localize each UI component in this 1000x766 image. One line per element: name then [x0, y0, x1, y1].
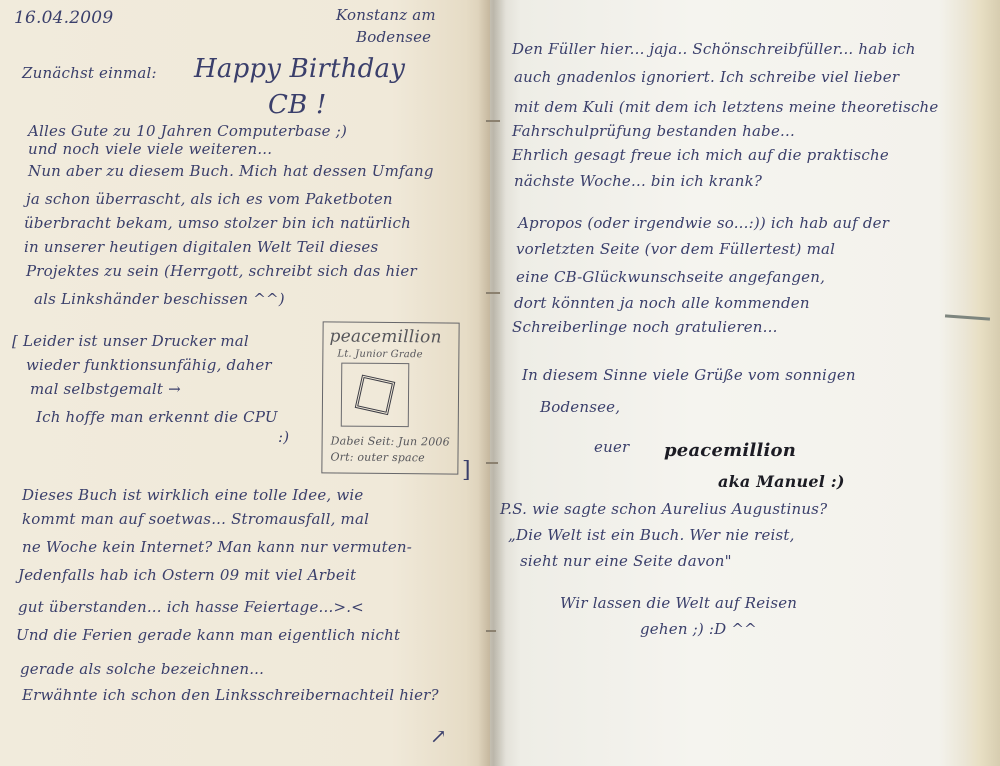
avatar-username: peacemillion — [329, 326, 441, 347]
book-spine-gutter — [478, 0, 506, 766]
binding-stitch — [486, 630, 496, 632]
entry-date: 16.04.2009 — [14, 8, 113, 28]
text-line: Erwähnte ich schon den Linksschreibernac… — [22, 686, 439, 704]
text-line: Jedenfalls hab ich Ostern 09 mit viel Ar… — [18, 566, 356, 584]
text-line: mit dem Kuli (mit dem ich letztens meine… — [514, 98, 939, 116]
text-line: Ehrlich gesagt freue ich mich auf die pr… — [512, 146, 889, 164]
turn-page-arrow-icon: ↗ — [430, 724, 447, 748]
ps-line: P.S. wie sagte schon Aurelius Augustinus… — [500, 500, 827, 518]
ps-quote-line: sieht nur eine Seite davon" — [520, 552, 732, 570]
text-line: Nun aber zu diesem Buch. Mich hat dessen… — [28, 162, 434, 180]
text-line: eine CB-Glückwunschseite angefangen, — [516, 268, 825, 286]
text-line: in unserer heutigen digitalen Welt Teil … — [24, 238, 378, 256]
note-line: Ich hoffe man erkennt die CPU — [36, 408, 278, 426]
cpu-drawing — [341, 363, 410, 428]
text-line: überbracht bekam, umso stolzer bin ich n… — [24, 214, 411, 232]
text-line: Alles Gute zu 10 Jahren Computerbase ;) — [28, 122, 347, 140]
text-line: Dieses Buch ist wirklich eine tolle Idee… — [22, 486, 363, 504]
location-line-1: Konstanz am — [336, 6, 436, 24]
greeting-intro: Zunächst einmal: — [22, 64, 157, 82]
text-line: Den Füller hier... jaja.. Schönschreibfü… — [512, 40, 916, 58]
note-smiley: :) — [278, 428, 289, 446]
text-line: gerade als solche bezeichnen... — [20, 660, 264, 678]
text-line: In diesem Sinne viele Grüße vom sonnigen — [522, 366, 856, 384]
avatar-rank: Lt. Junior Grade — [337, 349, 422, 361]
text-line: kommt man auf soetwas... Stromausfall, m… — [22, 510, 369, 528]
cpu-chip-icon — [355, 375, 396, 416]
signature-name: peacemillion — [664, 440, 796, 461]
avatar-location: Ort: outer space — [330, 450, 425, 464]
left-page: 16.04.2009 Konstanz am Bodensee Zunächst… — [0, 0, 490, 766]
binding-stitch — [486, 462, 498, 464]
ps-line: gehen ;) :D ^^ — [640, 620, 757, 638]
ps-quote-line: „Die Welt ist ein Buch. Wer nie reist, — [508, 526, 795, 544]
text-line: vorletzten Seite (vor dem Füllertest) ma… — [516, 240, 835, 258]
note-line: [ Leider ist unser Drucker mal — [12, 332, 249, 350]
note-line: wieder funktionsunfähig, daher — [26, 356, 272, 374]
ps-line: Wir lassen die Welt auf Reisen — [560, 594, 797, 612]
binding-stitch — [486, 292, 500, 294]
closing-bracket: ] — [462, 458, 471, 483]
open-notebook: 16.04.2009 Konstanz am Bodensee Zunächst… — [0, 0, 1000, 766]
text-line: gut überstanden... ich hasse Feiertage..… — [18, 598, 364, 616]
signature-prefix: euer — [594, 438, 629, 456]
location-line-2: Bodensee — [356, 28, 431, 46]
greeting-title: Happy Birthday — [194, 54, 405, 84]
text-line: nächste Woche... bin ich krank? — [514, 172, 762, 190]
signature-alias: aka Manuel :) — [718, 472, 845, 491]
text-line: ne Woche kein Internet? Man kann nur ver… — [22, 538, 412, 556]
text-line: dort könnten ja noch alle kommenden — [514, 294, 810, 312]
text-line: Fahrschulprüfung bestanden habe... — [512, 122, 795, 140]
text-line: Und die Ferien gerade kann man eigentlic… — [16, 626, 400, 644]
text-line: und noch viele viele weiteren... — [28, 140, 272, 158]
note-line: mal selbstgemalt → — [30, 380, 181, 398]
text-line: Bodensee, — [540, 398, 620, 416]
binding-stitch — [486, 120, 500, 122]
text-line: Projektes zu sein (Herrgott, schreibt si… — [26, 262, 417, 280]
text-line: Apropos (oder irgendwie so...:)) ich hab… — [518, 214, 889, 232]
text-line: Schreiberlinge noch gratulieren... — [512, 318, 778, 336]
text-line: als Linkshänder beschissen ^^) — [34, 290, 285, 308]
forum-avatar-card-drawing: peacemillion Lt. Junior Grade Dabei Seit… — [321, 321, 459, 474]
right-page: Den Füller hier... jaja.. Schönschreibfü… — [490, 0, 1000, 766]
text-line: auch gnadenlos ignoriert. Ich schreibe v… — [514, 68, 899, 86]
greeting-sub: CB ! — [268, 90, 327, 120]
text-line: ja schon überrascht, als ich es vom Pake… — [26, 190, 393, 208]
avatar-joined: Dabei Seit: Jun 2006 — [331, 434, 450, 448]
